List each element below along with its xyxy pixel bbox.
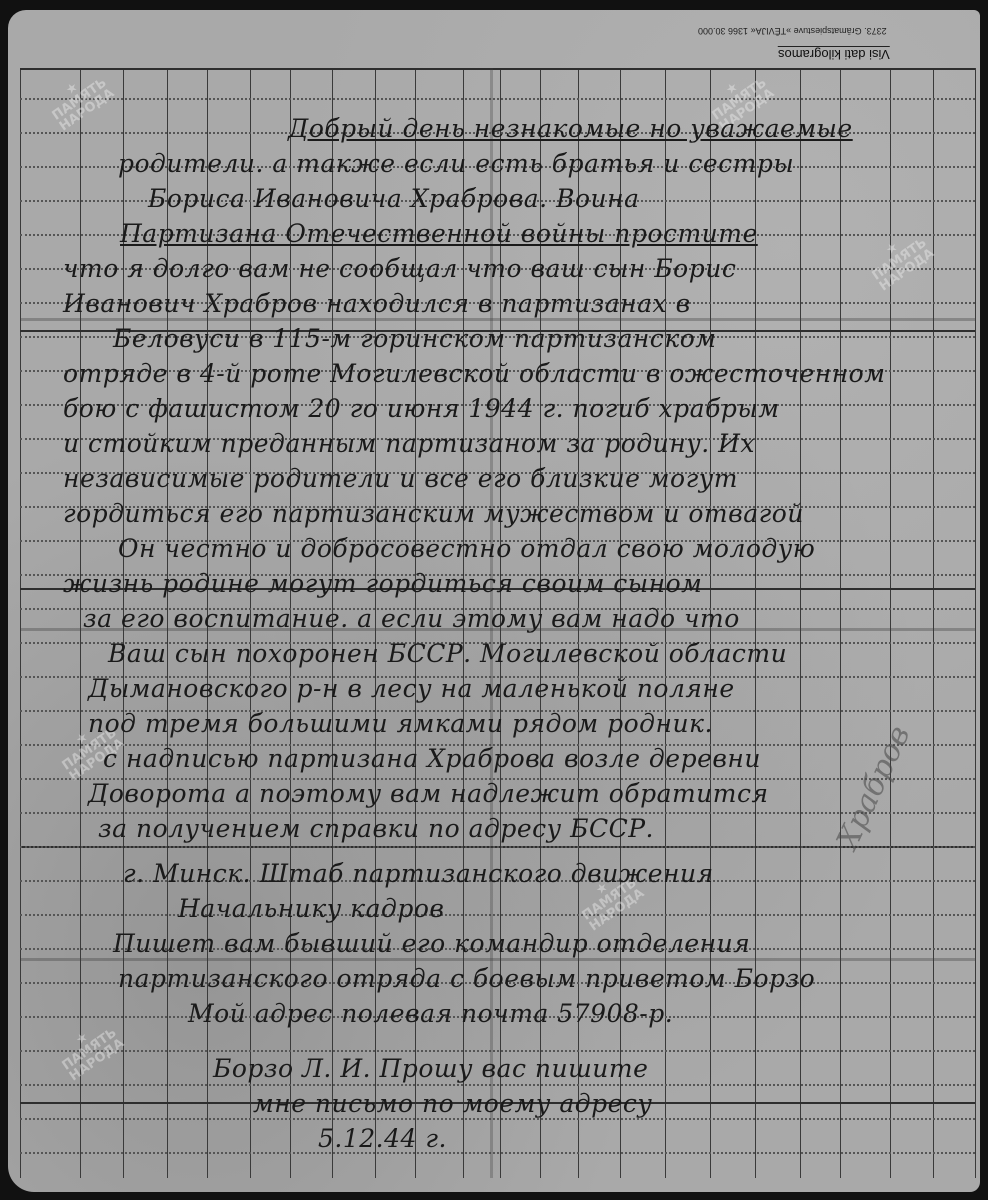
grid-dotted-line: [20, 98, 975, 100]
grid-dotted-line: [20, 1118, 975, 1120]
letter-line: Он честно и добросовестно отдал свою мол…: [118, 534, 815, 563]
grid-dotted-line: [20, 914, 975, 916]
letter-line: Мой адрес полевая почта 57908-р.: [188, 999, 673, 1028]
letter-line: Борзо Л. И. Прошу вас пишите: [213, 1054, 648, 1083]
paper-fold: [20, 958, 975, 961]
letter-line: родители. а также если есть братья и сес…: [118, 149, 794, 178]
letter-line: независимые родители и все его близкие м…: [63, 464, 738, 493]
letter-line: гордиться его партизанским мужеством и о…: [63, 499, 804, 528]
letter-line: Дымановского р-н в лесу на маленькой пол…: [88, 674, 735, 703]
letter-line: бою с фашистом 20 го июня 1944 г. погиб …: [63, 394, 779, 423]
letter-line: партизанского отряда с боевым приветом Б…: [118, 964, 815, 993]
letter-line: Доворота а поэтому вам надлежит обратитс…: [88, 779, 769, 808]
grid-column-line: [975, 68, 976, 1178]
grid-row-line: [20, 68, 975, 70]
letter-line: Начальнику кадров: [178, 894, 444, 923]
letter-line: Беловуси в 115-м горинском партизанском: [113, 324, 717, 353]
letter-line: что я долго вам не сообщал что ваш сын Б…: [63, 254, 736, 283]
letter-line: мне письмо по моему адресу: [253, 1089, 652, 1118]
grid-dotted-line: [20, 1084, 975, 1086]
letter-line: за его воспитание. а если этому вам надо…: [83, 604, 740, 633]
letter-line: за получением справки по адресу БССР.: [98, 814, 654, 843]
letter-line: жизнь родине могут гордиться своим сыном: [63, 569, 702, 598]
grid-dotted-line: [20, 1152, 975, 1154]
letter-line: с надписью партизана Храброва возле дере…: [103, 744, 761, 773]
letter-line: отряде в 4-й роте Могилевской области в …: [63, 359, 885, 388]
letter-line: Партизана Отечественной войны простите: [120, 219, 758, 248]
letter-line: Ваш сын похоронен БССР. Могилевской обла…: [108, 639, 787, 668]
paper-fold: [20, 318, 975, 321]
letter-paper: 2373. Grāmatspiestuve »TĒVIJA« 1366 30.0…: [8, 10, 980, 1192]
letter-line: Добрый день незнакомые но уважаемые: [288, 114, 853, 143]
letter-line: Пишет вам бывший его командир отделения: [113, 929, 750, 958]
letter-line: Иванович Храбров находился в партизанах …: [63, 289, 691, 318]
grid-dotted-line: [20, 846, 975, 848]
letter-line: Бориса Ивановича Храброва. Воина: [148, 184, 639, 213]
letter-line: 5.12.44 г.: [318, 1124, 447, 1153]
grid-dotted-line: [20, 1050, 975, 1052]
letter-line: под тремя большими ямками рядом родник.: [88, 709, 713, 738]
letter-line: и стойким преданным партизаном за родину…: [63, 429, 755, 458]
letter-line: г. Минск. Штаб партизанского движения: [123, 859, 714, 888]
printed-header-publisher: 2373. Grāmatspiestuve »TĒVIJA« 1366 30.0…: [698, 26, 887, 36]
printed-header-title: Visi dati kilogramos: [778, 46, 890, 62]
